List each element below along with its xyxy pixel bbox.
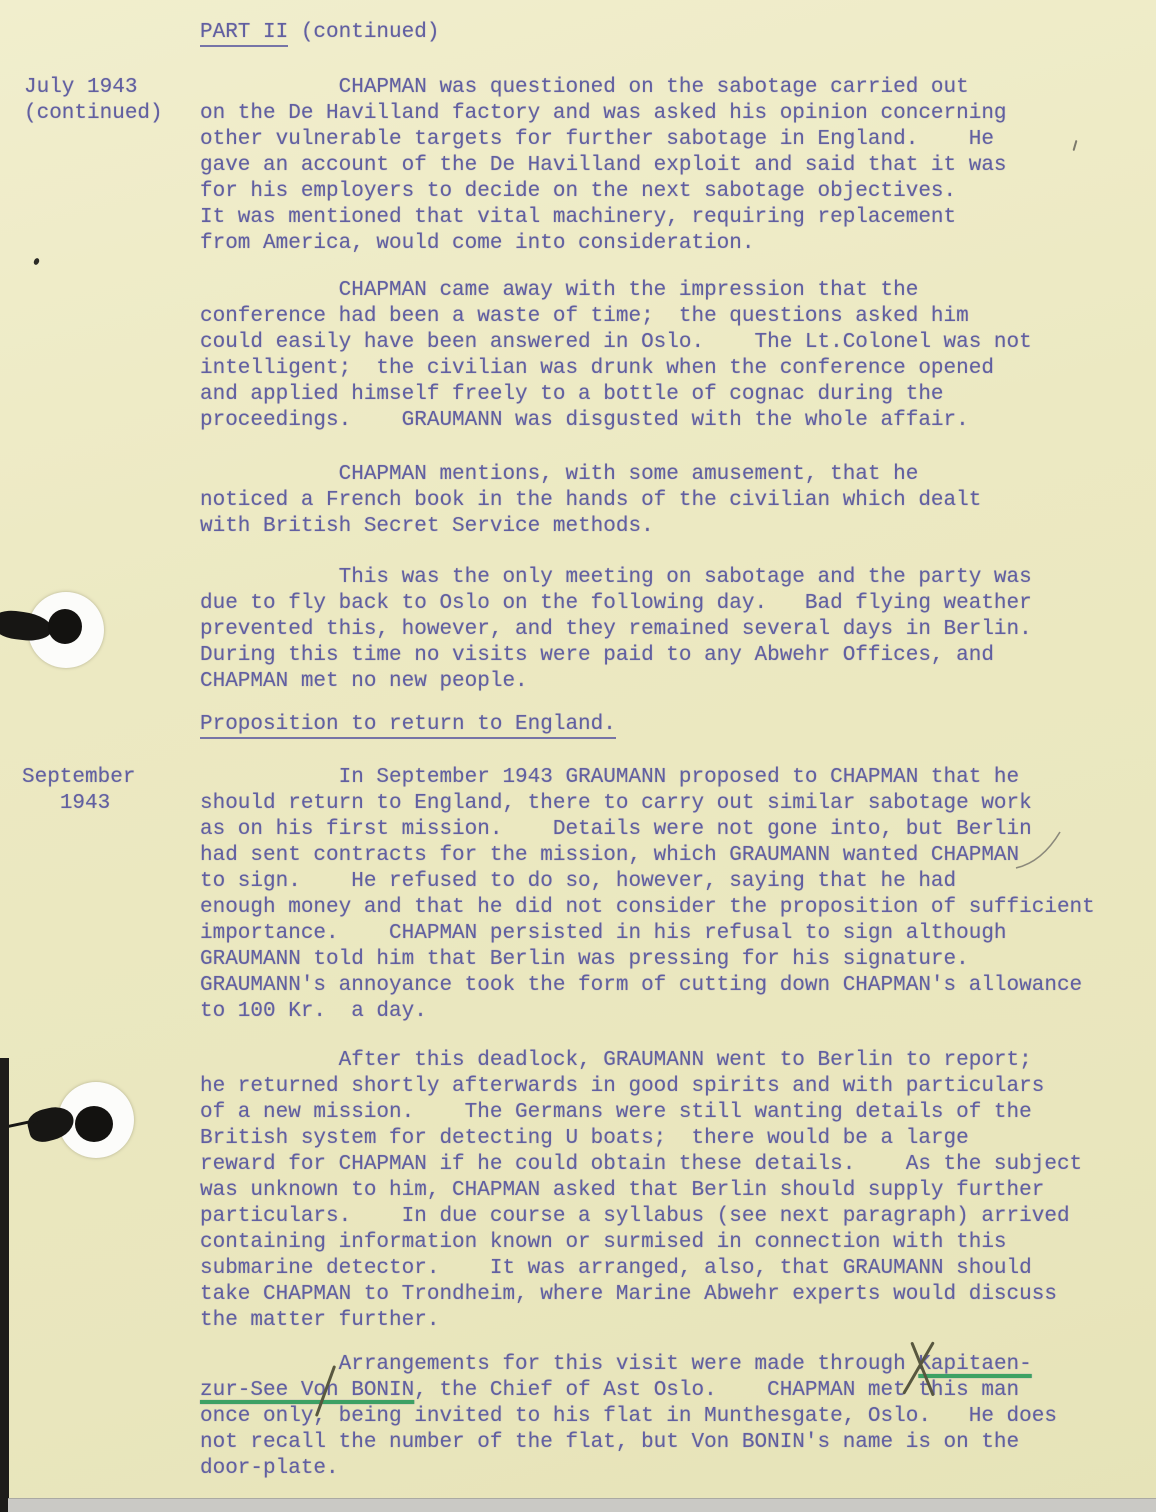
- part-title-underlined: PART II: [200, 21, 288, 47]
- paragraph-french-book: CHAPMAN mentions, with some amusement, t…: [200, 462, 1150, 540]
- paragraph-deadlock-new-mission: After this deadlock, GRAUMANN went to Be…: [200, 1048, 1156, 1334]
- pencil-curve-mark: [1014, 830, 1064, 870]
- paragraph-conference-impression: CHAPMAN came away with the impression th…: [200, 278, 1150, 434]
- hole-bottom-center: [75, 1106, 113, 1142]
- paragraph-von-bonin: Arrangements for this visit were made th…: [200, 1352, 1156, 1482]
- scan-edge-bottom: [8, 1498, 1156, 1512]
- paragraph-september-proposal: In September 1943 GRAUMANN proposed to C…: [200, 765, 1156, 1025]
- ink-speck: [33, 257, 40, 265]
- paragraph-only-meeting: This was the only meeting on sabotage an…: [200, 565, 1150, 695]
- scan-edge-left: [0, 1058, 9, 1512]
- hole-top-center: [48, 609, 82, 644]
- document-page: PART II (continued) July 1943 (continued…: [0, 0, 1156, 1512]
- part-title: PART II (continued): [200, 20, 439, 46]
- margin-note-september: September 1943: [22, 765, 135, 817]
- paragraph-sabotage-questioning: CHAPMAN was questioned on the sabotage c…: [200, 75, 1150, 257]
- margin-note-july: July 1943 (continued): [24, 75, 163, 127]
- section-heading-proposition: Proposition to return to England.: [200, 712, 616, 738]
- part-title-rest: (continued): [288, 21, 439, 44]
